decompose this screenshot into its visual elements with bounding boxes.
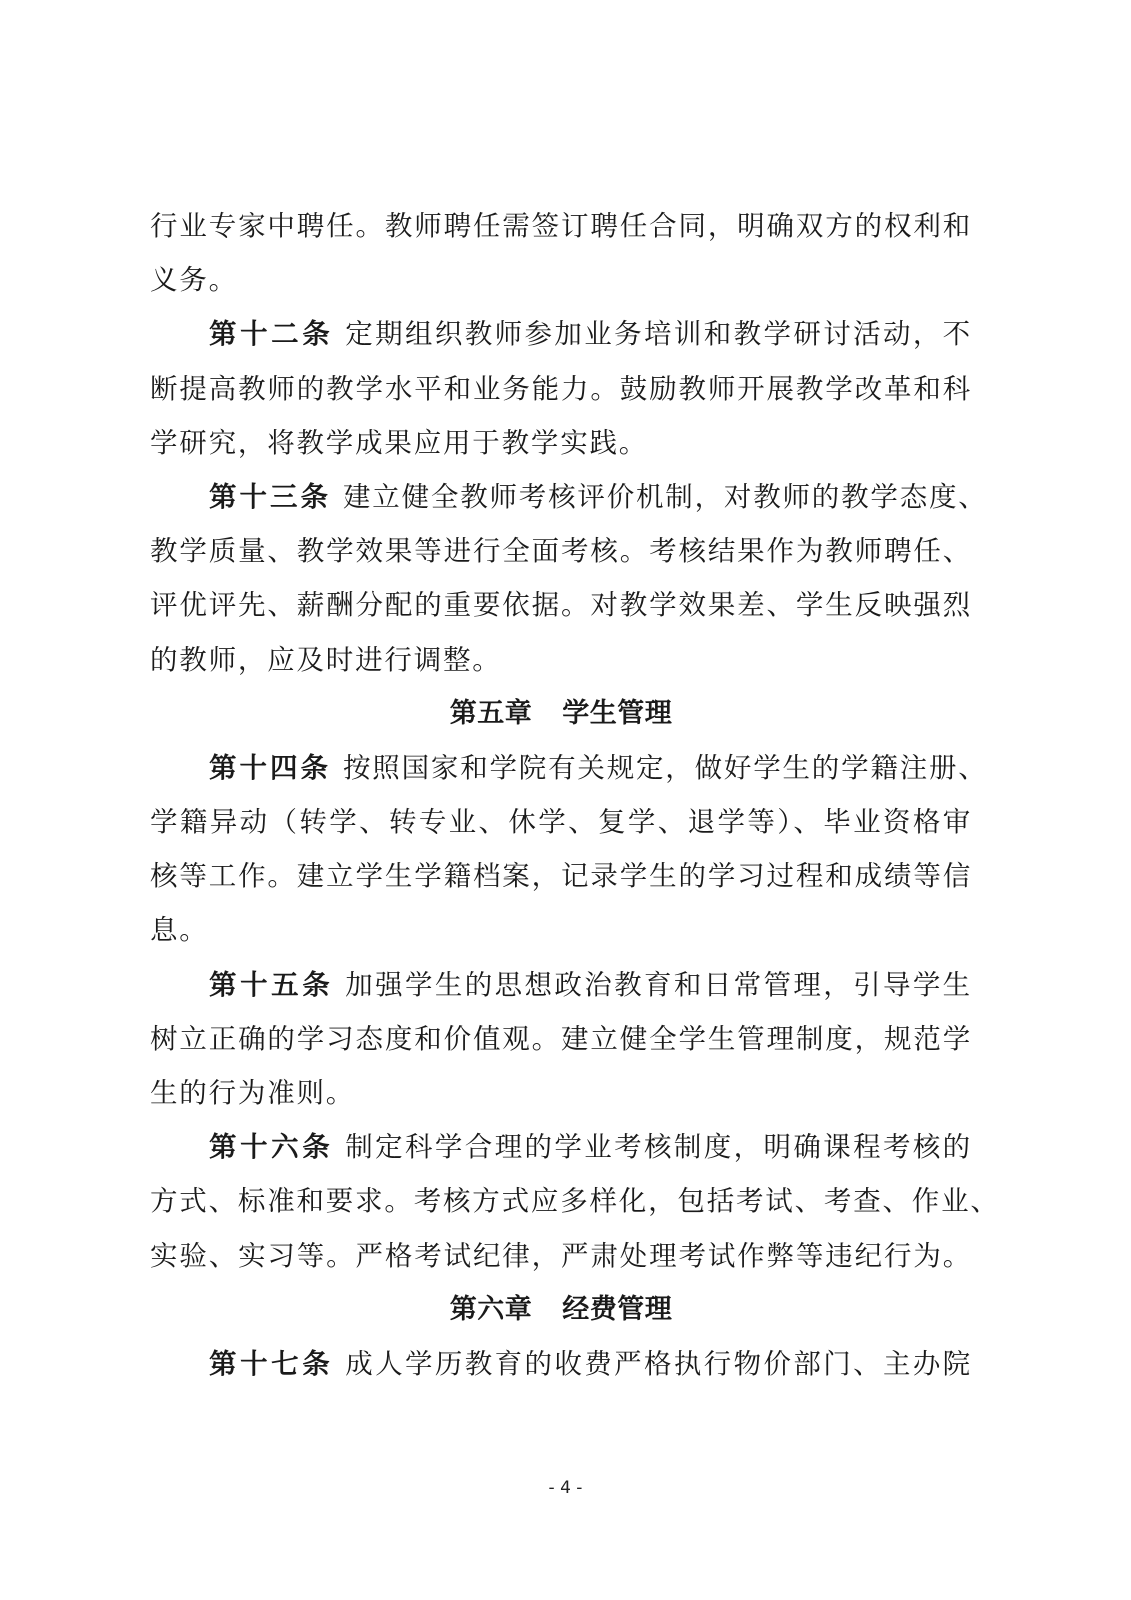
- article-17-first-line: 第十七条成人学历教育的收费严格执行物价部门、主办院: [150, 1337, 972, 1391]
- article-number: 第十五条: [209, 969, 333, 1001]
- page-number: - 4 -: [0, 1478, 1131, 1498]
- article-text: 成人学历教育的收费严格执行物价部门、主办院: [345, 1348, 972, 1380]
- article-12-first-line: 第十二条定期组织教师参加业务培训和教学研讨活动，不: [150, 307, 972, 361]
- article-number: 第十六条: [209, 1131, 333, 1163]
- text-line: 行业专家中聘任。教师聘任需签订聘任合同，明确双方的权利和: [150, 199, 972, 253]
- chapter-number: 第五章: [450, 698, 533, 729]
- article-text: 按照国家和学院有关规定，做好学生的学籍注册、: [343, 752, 988, 784]
- article-14-first-line: 第十四条按照国家和学院有关规定，做好学生的学籍注册、: [150, 741, 972, 795]
- article-15-first-line: 第十五条加强学生的思想政治教育和日常管理，引导学生: [150, 958, 972, 1012]
- text-line: 树立正确的学习态度和价值观。建立健全学生管理制度，规范学: [150, 1012, 972, 1066]
- text-line: 教学质量、教学效果等进行全面考核。考核结果作为教师聘任、: [150, 524, 972, 578]
- chapter-title: 学生管理: [562, 698, 672, 729]
- article-text: 建立健全教师考核评价机制，对教师的教学态度、: [343, 481, 988, 513]
- text-line: 评优评先、薪酬分配的重要依据。对教学效果差、学生反映强烈: [150, 578, 972, 632]
- text-line: 核等工作。建立学生学籍档案，记录学生的学习过程和成绩等信: [150, 849, 972, 903]
- text-line: 实验、实习等。严格考试纪律，严肃处理考试作弊等违纪行为。: [150, 1229, 972, 1283]
- article-text: 制定科学合理的学业考核制度，明确课程考核的: [345, 1131, 972, 1163]
- text-line: 学籍异动（转学、转专业、休学、复学、退学等）、毕业资格审: [150, 795, 972, 849]
- chapter-heading-6: 第六章经费管理: [150, 1283, 972, 1337]
- document-body: 行业专家中聘任。教师聘任需签订聘任合同，明确双方的权利和 义务。 第十二条定期组…: [150, 199, 972, 1391]
- text-line: 息。: [150, 903, 972, 957]
- article-16-first-line: 第十六条制定科学合理的学业考核制度，明确课程考核的: [150, 1120, 972, 1174]
- article-number: 第十三条: [209, 481, 331, 513]
- article-number: 第十四条: [209, 752, 331, 784]
- text-line: 方式、标准和要求。考核方式应多样化，包括考试、考查、作业、: [150, 1174, 972, 1228]
- text-line: 生的行为准则。: [150, 1066, 972, 1120]
- text-line: 义务。: [150, 253, 972, 307]
- article-number: 第十二条: [209, 318, 333, 350]
- article-text: 加强学生的思想政治教育和日常管理，引导学生: [345, 969, 972, 1001]
- text-line: 断提高教师的教学水平和业务能力。鼓励教师开展教学改革和科: [150, 362, 972, 416]
- chapter-heading-5: 第五章学生管理: [150, 687, 972, 741]
- article-text: 定期组织教师参加业务培训和教学研讨活动，不: [345, 318, 972, 350]
- article-13-first-line: 第十三条建立健全教师考核评价机制，对教师的教学态度、: [150, 470, 972, 524]
- chapter-title: 经费管理: [562, 1294, 672, 1325]
- document-page: 行业专家中聘任。教师聘任需签订聘任合同，明确双方的权利和 义务。 第十二条定期组…: [0, 0, 1131, 1600]
- chapter-number: 第六章: [450, 1294, 533, 1325]
- article-number: 第十七条: [209, 1348, 333, 1380]
- text-line: 学研究，将教学成果应用于教学实践。: [150, 416, 972, 470]
- text-line: 的教师，应及时进行调整。: [150, 633, 972, 687]
